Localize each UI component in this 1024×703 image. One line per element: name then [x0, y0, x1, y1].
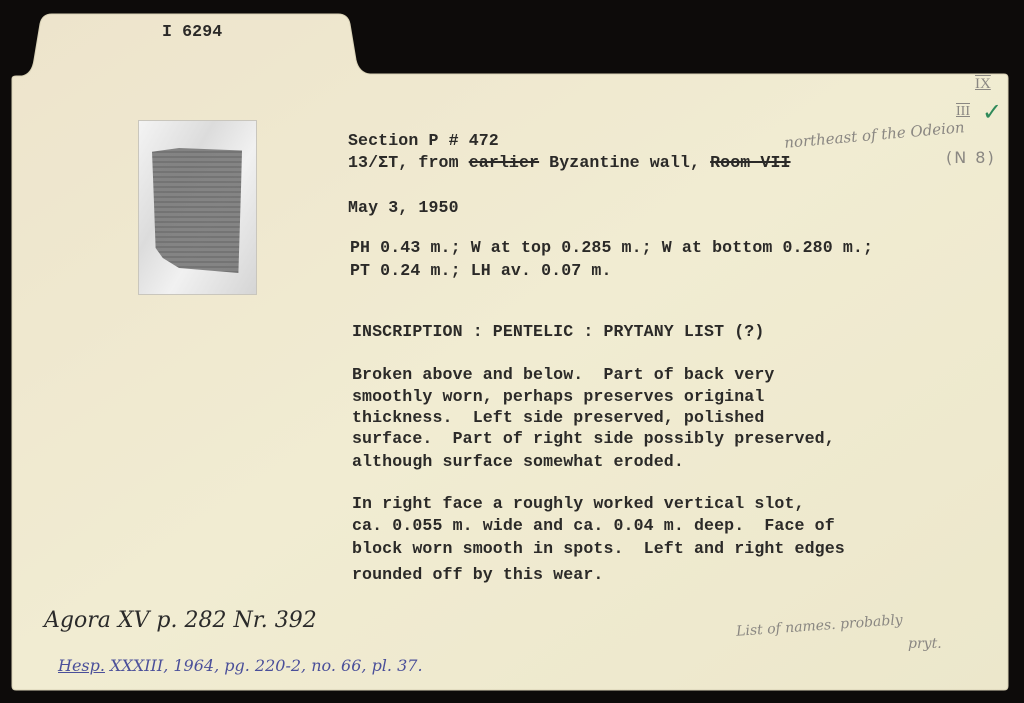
index-card [0, 0, 1024, 703]
corner-numeral-iii: III [956, 104, 970, 120]
findspot-middle: Byzantine wall, [539, 153, 710, 172]
description-1-line-2: smoothly worn, perhaps preserves origina… [352, 387, 764, 406]
section-number: Section P # 472 [348, 131, 499, 150]
findspot-line: 13/ΣT, from earlier Byzantine wall, Room… [348, 153, 791, 172]
grid-reference: (N 8) [946, 148, 996, 167]
green-checkmark-icon: ✓ [982, 98, 1002, 126]
description-1-line-3: thickness. Left side preserved, polished [352, 408, 764, 427]
publication-agora: Agora XV p. 282 Nr. 392 [44, 608, 317, 633]
description-1-line-1: Broken above and below. Part of back ver… [352, 365, 774, 384]
description-2-line-2: ca. 0.055 m. wide and ca. 0.04 m. deep. … [352, 516, 835, 535]
date: May 3, 1950 [348, 198, 459, 217]
description-1-line-5: although surface somewhat eroded. [352, 452, 684, 471]
description-1-line-4: surface. Part of right side possibly pre… [352, 429, 835, 448]
stone-fragment-image [152, 148, 242, 273]
hesperia-label: Hesp. [58, 656, 105, 675]
description-2-line-3: block worn smooth in spots. Left and rig… [352, 539, 845, 558]
classification: INSCRIPTION : PENTELIC : PRYTANY LIST (?… [352, 322, 764, 341]
struck-room: Room VII [710, 153, 790, 172]
description-2-line-4: rounded off by this wear. [352, 565, 603, 584]
struck-word: earlier [469, 153, 539, 172]
pencil-note-line-2: pryt. [908, 636, 942, 652]
catalog-number: I 6294 [162, 22, 222, 41]
publication-hesperia: Hesp. XXXIII, 1964, pg. 220-2, no. 66, p… [58, 656, 423, 675]
description-2-line-1: In right face a roughly worked vertical … [352, 494, 805, 513]
object-photograph [138, 120, 257, 295]
hesperia-citation: XXXIII, 1964, pg. 220-2, no. 66, pl. 37. [105, 656, 423, 675]
dimensions-line-1: PH 0.43 m.; W at top 0.285 m.; W at bott… [350, 238, 873, 257]
corner-numeral-ix: IX [975, 76, 991, 93]
findspot-prefix: 13/ΣT, from [348, 153, 469, 172]
dimensions-line-2: PT 0.24 m.; LH av. 0.07 m. [350, 261, 612, 280]
